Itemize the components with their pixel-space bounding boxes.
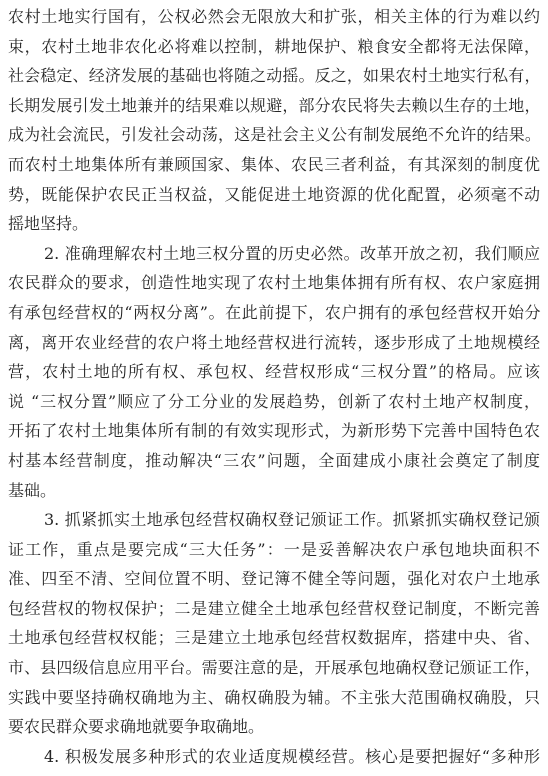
text-line: 势，既能保护农民正当权益，又能促进土地资源的优化配置，必须毫不动 — [8, 180, 540, 210]
text-line: 包经营权的物权保护；二是建立健全土地承包经营权登记制度，不断完善 — [8, 594, 540, 624]
text-line: 营，农村土地的所有权、承包权、经营权形成“三权分置”的格局。应该 — [8, 357, 540, 387]
text-line: 基础。 — [8, 476, 540, 506]
text-line: 有承包经营权的“两权分离”。在此前提下，农户拥有的承包经营权开始分 — [8, 298, 540, 328]
text-line: 成为社会流民，引发社会动荡，这是社会主义公有制发展绝不允许的结果。 — [8, 120, 540, 150]
text-line: 市、县四级信息应用平台。需要注意的是，开展承包地确权登记颁证工作， — [8, 653, 540, 683]
text-line: 离，离开农业经营的农户将土地经营权进行流转，逐步形成了土地规模经 — [8, 328, 540, 358]
paragraph: 4. 积极发展多种形式的农业适度规模经营。核心是要把握好“多种形 — [8, 742, 540, 772]
text-line: 准、四至不清、空间位置不明、登记簿不健全等问题，强化对农户土地承 — [8, 564, 540, 594]
text-line: 农村土地实行国有，公权必然会无限放大和扩张，相关主体的行为难以约 — [8, 2, 540, 32]
text-line: 束，农村土地非农化必将难以控制，耕地保护、粮食安全都将无法保障， — [8, 32, 540, 62]
text-line: 实践中要坚持确权确地为主、确权确股为辅。不主张大范围确权确股，只 — [8, 683, 540, 713]
paragraph: 3. 抓紧抓实土地承包经营权确权登记颁证工作。抓紧抓实确权登记颁 证工作，重点是… — [8, 505, 540, 742]
text-line: 要农民群众要求确地就要争取确地。 — [8, 712, 540, 742]
text-line: 证工作，重点是要完成“三大任务”：一是妥善解决农户承包地块面积不 — [8, 535, 540, 565]
text-line: 3. 抓紧抓实土地承包经营权确权登记颁证工作。抓紧抓实确权登记颁 — [8, 505, 540, 535]
paragraph: 农村土地实行国有，公权必然会无限放大和扩张，相关主体的行为难以约 束，农村土地非… — [8, 2, 540, 239]
text-line: 摇地坚持。 — [8, 209, 540, 239]
text-line: 而农村土地集体所有兼顾国家、集体、农民三者利益，有其深刻的制度优 — [8, 150, 540, 180]
text-line: 长期发展引发土地兼并的结果难以规避，部分农民将失去赖以生存的土地， — [8, 91, 540, 121]
text-line: 说 “三权分置”顺应了分工分业的发展趋势，创新了农村土地产权制度， — [8, 387, 540, 417]
text-line: 4. 积极发展多种形式的农业适度规模经营。核心是要把握好“多种形 — [8, 742, 540, 772]
text-line: 2. 准确理解农村土地三权分置的历史必然。改革开放之初，我们顺应 — [8, 239, 540, 269]
text-line: 村基本经营制度，推动解决“三农”问题，全面建成小康社会奠定了制度 — [8, 446, 540, 476]
paragraph: 2. 准确理解农村土地三权分置的历史必然。改革开放之初，我们顺应 农民群众的要求… — [8, 239, 540, 505]
text-line: 开拓了农村土地集体所有制的有效实现形式，为新形势下完善中国特色农 — [8, 416, 540, 446]
text-line: 社会稳定、经济发展的基础也将随之动摇。反之，如果农村土地实行私有， — [8, 61, 540, 91]
text-line: 土地承包经营权权能；三是建立土地承包经营权数据库，搭建中央、省、 — [8, 623, 540, 653]
document-page: 农村土地实行国有，公权必然会无限放大和扩张，相关主体的行为难以约 束，农村土地非… — [0, 0, 548, 776]
text-line: 农民群众的要求，创造性地实现了农村土地集体拥有所有权、农户家庭拥 — [8, 268, 540, 298]
